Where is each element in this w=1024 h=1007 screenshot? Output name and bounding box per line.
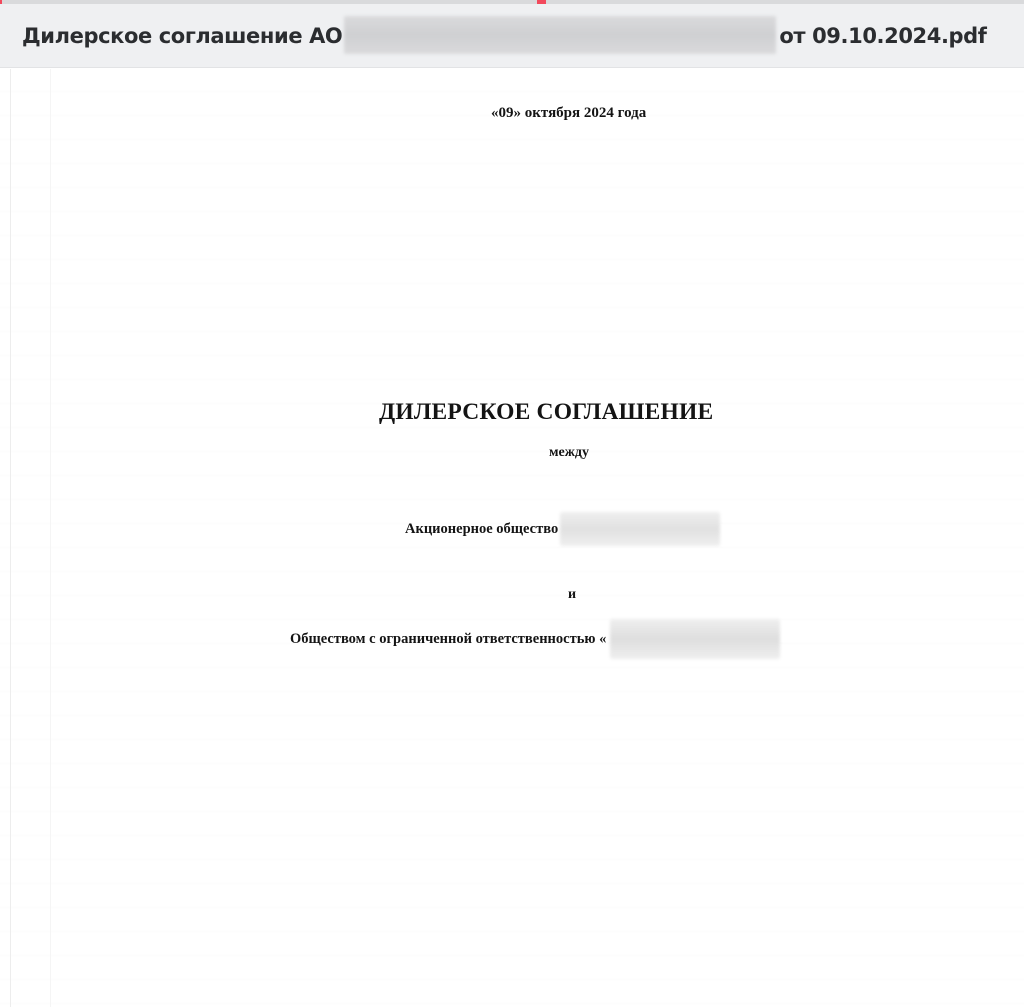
redacted-party-one-name xyxy=(560,512,720,546)
party-two-line: Обществом с ограниченной ответственность… xyxy=(290,619,780,659)
document-date: «09» октября 2024 года xyxy=(491,105,646,122)
pdf-page[interactable]: «09» октября 2024 года ДИЛЕРСКОЕ СОГЛАШЕ… xyxy=(0,69,1024,1007)
party-one-label: Акционерное общество xyxy=(405,521,558,538)
redacted-party-two-name xyxy=(610,619,780,659)
document-conjunction: и xyxy=(568,587,576,603)
party-one-line: Акционерное общество xyxy=(405,512,720,546)
document-between-text: между xyxy=(549,445,589,461)
document-title-suffix: от 09.10.2024.pdf xyxy=(779,24,986,48)
page-edge-line xyxy=(10,69,11,1007)
party-two-label: Обществом с ограниченной ответственность… xyxy=(290,631,606,648)
page-edge-line xyxy=(50,69,51,1007)
document-title-bar: Дилерское соглашение АО от 09.10.2024.pd… xyxy=(0,4,1024,68)
document-title-prefix: Дилерское соглашение АО xyxy=(22,24,342,48)
redacted-title-segment xyxy=(344,16,776,54)
document-heading: ДИЛЕРСКОЕ СОГЛАШЕНИЕ xyxy=(379,399,713,426)
